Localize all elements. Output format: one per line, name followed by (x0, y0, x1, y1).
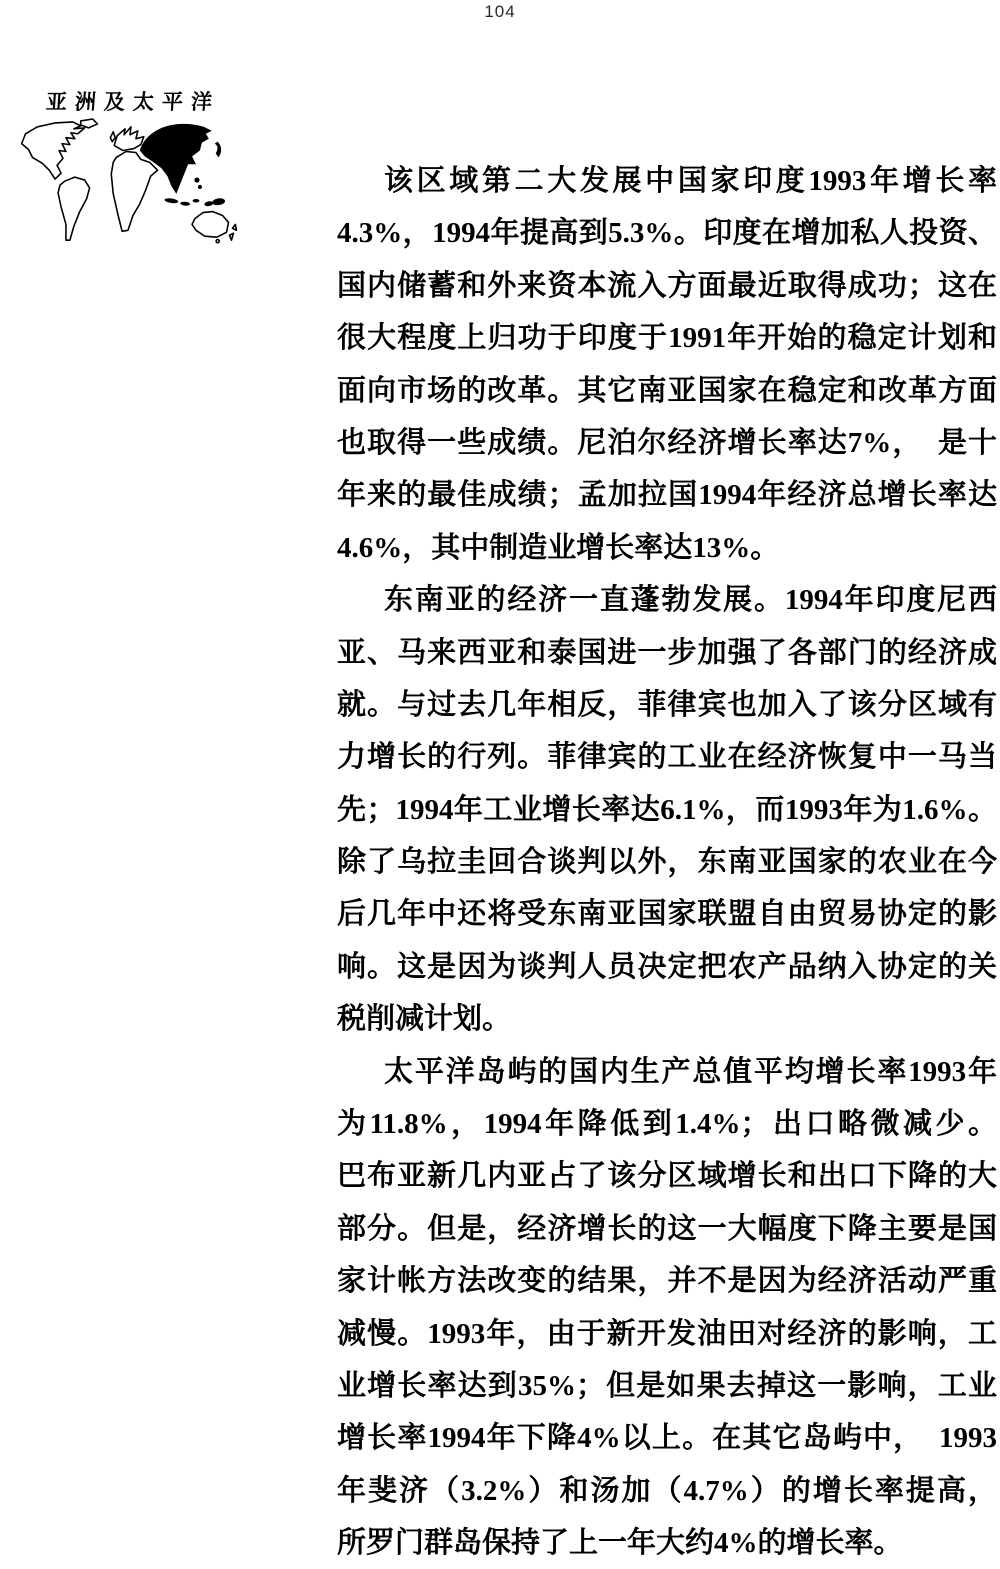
text-line: 减慢。1993年，由于新开发油田对经济的影响，工 (337, 1308, 997, 1360)
asia-pacific-map-block: 亚洲及太平洋 (14, 86, 244, 251)
body-text: 该区域第二大发展中国家印度1993年增长率 4.3%，1994年提高到5.3%。… (337, 155, 997, 1569)
text-line: 国内储蓄和外来资本流入方面最近取得成功；这在 (337, 260, 997, 312)
paragraph-india-south-asia: 该区域第二大发展中国家印度1993年增长率 4.3%，1994年提高到5.3%。… (337, 155, 997, 574)
text-line: 业增长率达到35%；但是如果去掉这一影响，工业 (337, 1360, 997, 1412)
text-line: 巴布亚新几内亚占了该分区域增长和出口下降的大 (337, 1150, 997, 1202)
text-line: 很大程度上归功于印度于1991年开始的稳定计划和 (337, 312, 997, 364)
text-line: 该区域第二大发展中国家印度1993年增长率 (337, 155, 997, 207)
text-line: 4.3%，1994年提高到5.3%。印度在增加私人投资、 (337, 207, 997, 259)
text-line: 所罗门群岛保持了上一年大约4%的增长率。 (337, 1517, 997, 1569)
text-line: 税削减计划。 (337, 993, 997, 1045)
text-line: 为11.8%，1994年降低到1.4%；出口略微减少。 (337, 1098, 997, 1150)
text-line: 除了乌拉圭回合谈判以外，东南亚国家的农业在今 (337, 836, 997, 888)
text-line: 东南亚的经济一直蓬勃发展。1994年印度尼西 (337, 574, 997, 626)
text-line: 年来的最佳成绩；孟加拉国1994年经济总增长率达 (337, 469, 997, 521)
text-line: 就。与过去几年相反，菲律宾也加入了该分区域有 (337, 679, 997, 731)
text-line: 面向市场的改革。其它南亚国家在稳定和改革方面 (337, 365, 997, 417)
text-line: 增长率1994年下降4%以上。在其它岛屿中， 1993 (337, 1412, 997, 1464)
world-map-asia-highlighted-icon (14, 118, 244, 251)
text-line: 响。这是因为谈判人员决定把农产品纳入协定的关 (337, 941, 997, 993)
paragraph-southeast-asia: 东南亚的经济一直蓬勃发展。1994年印度尼西 亚、马来西亚和泰国进一步加强了各部… (337, 574, 997, 1046)
text-line: 力增长的行列。菲律宾的工业在经济恢复中一马当 (337, 731, 997, 783)
text-line: 4.6%，其中制造业增长率达13%。 (337, 522, 997, 574)
page-number: 104 (0, 2, 1000, 22)
text-line: 后几年中还将受东南亚国家联盟自由贸易协定的影 (337, 888, 997, 940)
text-line: 家计帐方法改变的结果，并不是因为经济活动严重 (337, 1255, 997, 1307)
text-line: 部分。但是，经济增长的这一大幅度下降主要是国 (337, 1203, 997, 1255)
text-line: 也取得一些成绩。尼泊尔经济增长率达7%， 是十 (337, 417, 997, 469)
text-line: 先；1994年工业增长率达6.1%，而1993年为1.6%。 (337, 784, 997, 836)
map-label: 亚洲及太平洋 (13, 86, 245, 116)
paragraph-pacific-islands: 太平洋岛屿的国内生产总值平均增长率1993年 为11.8%，1994年降低到1.… (337, 1046, 997, 1569)
text-line: 年斐济（3.2%）和汤加（4.7%）的增长率提高， (337, 1465, 997, 1517)
text-line: 太平洋岛屿的国内生产总值平均增长率1993年 (337, 1046, 997, 1098)
text-line: 亚、马来西亚和泰国进一步加强了各部门的经济成 (337, 627, 997, 679)
